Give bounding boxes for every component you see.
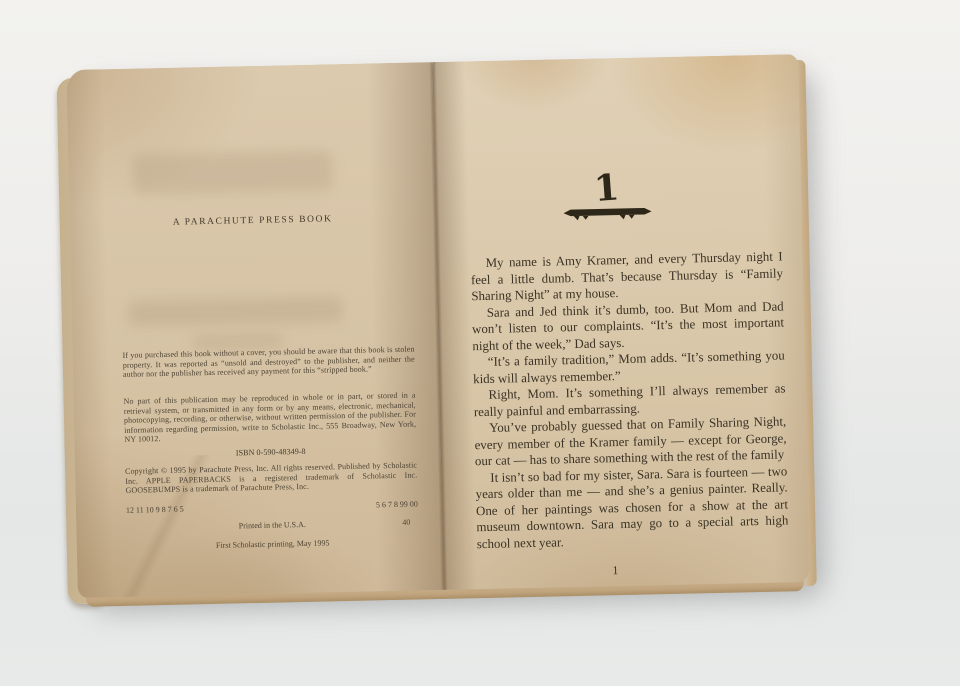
bleed-through-title-ghost xyxy=(132,150,333,194)
left-page: A PARACHUTE PRESS BOOK If you purchased … xyxy=(66,62,443,598)
reproduction-notice: No part of this publication may be repro… xyxy=(123,391,416,445)
page-number: 1 xyxy=(443,559,787,582)
imprint-line: A PARACHUTE PRESS BOOK xyxy=(100,213,406,230)
isbn-line: ISBN 0-590-48349-8 xyxy=(125,444,417,459)
bleed-through-text-ghost xyxy=(127,296,343,327)
printed-in-line: Printed in the U.S.A. 40 xyxy=(126,517,418,532)
stripped-book-notice: If you purchased this book without a cov… xyxy=(122,345,415,380)
open-book: A PARACHUTE PRESS BOOK If you purchased … xyxy=(66,54,809,598)
first-printing-line: First Scholastic printing, May 1995 xyxy=(127,536,419,551)
print-run-numbers-right: 5 6 7 8 99 00 xyxy=(376,499,418,509)
paragraph: My name is Amy Kramer, and every Thursda… xyxy=(470,248,783,304)
printed-in-text: Printed in the U.S.A. xyxy=(239,520,306,530)
paragraph: It isn’t so bad for my sister, Sara. Sar… xyxy=(475,463,789,552)
printer-code: 40 xyxy=(402,518,410,527)
paragraph: Sara and Jed think it’s dumb, too. But M… xyxy=(472,298,785,354)
paragraph: You’ve probably guessed that on Family S… xyxy=(474,413,787,469)
print-run-line: 12 11 10 9 8 7 6 5 5 6 7 8 99 00 xyxy=(126,499,418,514)
chapter-number: 1 xyxy=(593,169,621,207)
print-run-numbers-left: 12 11 10 9 8 7 6 5 xyxy=(126,505,184,515)
right-page: 1 My name is Amy Kramer, and every Thurs… xyxy=(432,54,809,590)
chapter-body-text: My name is Amy Kramer, and every Thursda… xyxy=(470,248,788,552)
copyright-notice: Copyright © 1995 by Parachute Press, Inc… xyxy=(125,460,418,495)
chapter-heading: 1 xyxy=(435,167,780,225)
